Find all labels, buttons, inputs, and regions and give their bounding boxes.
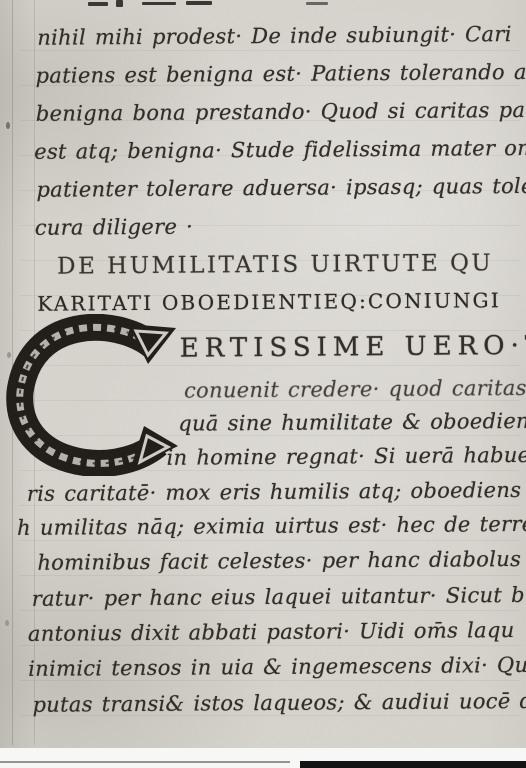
rubric-heading-line-2: KARITATI OBOEDIENTIEQ:CONIUNGI [37, 288, 501, 316]
text-line: patienter tolerare aduersa· ipsasq; quas… [36, 174, 526, 202]
text-line: benigna bona prestando· Quod si caritas … [36, 98, 526, 126]
text-line: est atq; benigna· Stude fidelissima mate… [34, 136, 526, 164]
text-line: ris caritatē· mox eris humilis atq; oboe… [27, 478, 526, 506]
photo-margin [0, 748, 526, 768]
text-line: in homine regnat· Si uerā habue [166, 443, 526, 470]
text-line: hominibus facit celestes· per hanc diabo… [37, 547, 526, 575]
text-line: cura diligere · [35, 215, 193, 240]
text-line: h umilitas nāq; eximia uirtus est· hec d… [17, 512, 526, 540]
text-line: nihil mihi prodest· De inde subiungit· C… [37, 22, 512, 50]
text-line: quā sine humilitate & oboedienti [178, 409, 526, 436]
film-edge-bar [300, 761, 526, 768]
text-line: antonius dixit abbati pastori· Uidi om̄s… [28, 618, 515, 646]
manuscript-page-photo: nihil mihi prodest· De inde subiungit· C… [0, 0, 526, 768]
display-capitals-line: ERTISSIME UERO·TI [180, 331, 526, 364]
illuminated-initial-C: C [0, 314, 182, 476]
rubric-heading-line-1: DE HUMILITATIS UIRTUTE QU [57, 250, 493, 279]
film-edge-line [0, 761, 290, 763]
text-line: ratur· per hanc eius laquei uitantur· Si… [32, 583, 525, 611]
text-line: patiens est benigna est· Patiens toleran… [35, 60, 526, 88]
text-line-faded: conuenit credere· quod caritas' [184, 376, 526, 403]
text-line: putas transi& istos laqueos; & audiui uo… [32, 689, 526, 717]
text-line: inimici tensos in uia & ingemescens dixi… [28, 653, 526, 681]
